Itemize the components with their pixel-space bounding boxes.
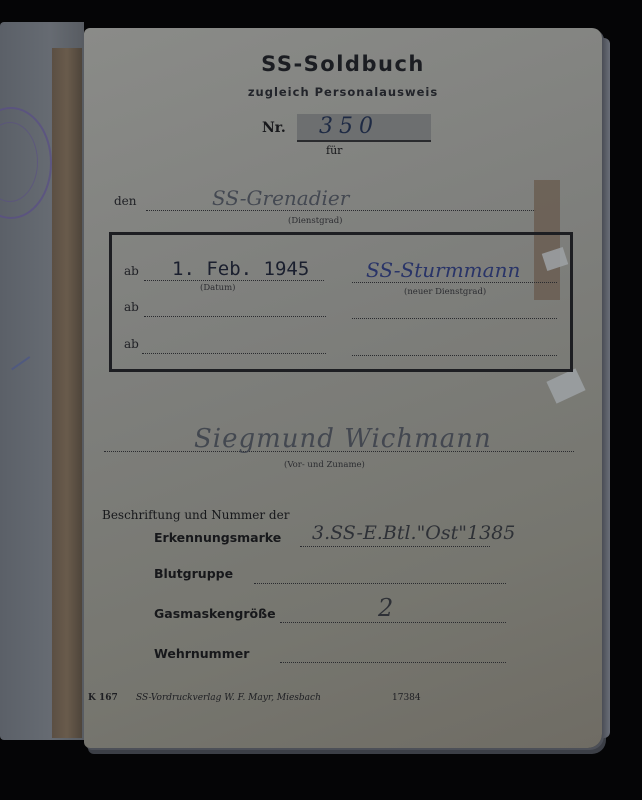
promotion-row-1-date-line [144,280,324,281]
signature-mark [0,340,30,371]
id-tag-line [300,546,490,547]
rank-value: SS-Grenadier [212,186,349,210]
promotion-row-2-rank-line [352,318,557,319]
gas-mask-size-line [280,622,506,623]
name-caption: (Vor- und Zuname) [284,460,365,470]
military-number-line [280,662,506,663]
page-stack-edge [602,38,610,738]
promotion-row-3-date-line [142,353,326,354]
promotion-row-3-rank-line [352,355,557,356]
promotion-row-1-rank: SS-Sturmmann [366,258,520,282]
id-tag-value: 3.SS-E.Btl."Ost"1385 [312,522,515,544]
gas-mask-size-value: 2 [378,594,393,622]
document-subtitle: zugleich Personalausweis [84,85,602,99]
soldbuch-page: SS-Soldbuch zugleich Personalausweis Nr.… [84,28,602,748]
footer-form-code: K 167 [88,693,118,703]
gas-mask-size-label: Gasmaskengröße [154,606,276,621]
paper-tear [546,368,585,403]
footer-print-number: 17384 [392,693,421,703]
id-tag-label-line1: Beschriftung und Nummer der [102,508,289,522]
promotion-row-3-label: ab [124,337,139,351]
binding-tape [52,48,82,738]
number-value: 350 [319,114,379,139]
promotion-row-2-label: ab [124,300,139,314]
rank-caption: (Dienstgrad) [288,216,342,226]
document-title: SS-Soldbuch [84,52,602,76]
id-tag-label-line2: Erkennungsmarke [154,530,281,545]
footer-publisher: SS-Vordruckverlag W. F. Mayr, Miesbach [136,693,321,703]
number-field: 350 [297,114,431,142]
military-number-label: Wehrnummer [154,646,249,661]
promotion-row-2-date-line [144,316,326,317]
for-label: für [326,144,342,157]
new-rank-caption: (neuer Dienstgrad) [404,287,486,297]
promotion-box [109,232,573,372]
number-label: Nr. [262,120,286,136]
promotion-row-1-rank-line [352,282,557,283]
name-value: Siegmund Wichmann [194,424,492,454]
promotion-row-1-label: ab [124,264,139,278]
date-caption: (Datum) [200,283,235,293]
blood-group-label: Blutgruppe [154,566,233,581]
blood-group-line [254,583,506,584]
rank-label: den [114,194,137,208]
rank-line [146,210,536,211]
promotion-row-1-date: 1. Feb. 1945 [172,258,309,280]
